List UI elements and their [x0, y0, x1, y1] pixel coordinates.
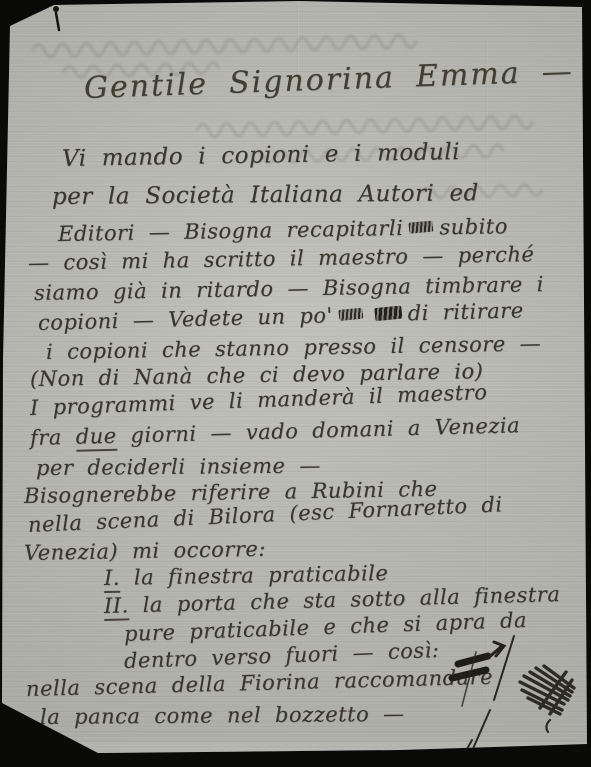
- letter-line: nella scena della Fiorina raccomandare: [26, 667, 494, 700]
- crossed-out-word: [374, 306, 402, 322]
- line-text: nella scena della Fiorina raccomandare: [26, 665, 494, 701]
- crossed-out-word: [409, 221, 434, 234]
- salutation-text: Gentile Signorina Emma —: [83, 54, 574, 106]
- letter-line: Venezia) mi occorre:: [24, 539, 266, 564]
- list-numeral: I.: [104, 566, 120, 593]
- letter-line: Vi mando i copioni e i moduli: [62, 141, 460, 171]
- line-text: la panca come nel bozzetto —: [40, 702, 405, 729]
- letter-line: — così mi ha scritto il maestro — perché: [28, 244, 535, 274]
- letter-line: copioni — Vedete un po'di ritirare: [38, 300, 524, 334]
- line-text: giorni — vado domani a Venezia: [116, 413, 520, 448]
- line-text: — così mi ha scritto il maestro — perché: [28, 242, 535, 275]
- line-text: la finestra praticabile: [120, 561, 389, 590]
- line-text: subito: [439, 214, 508, 239]
- crossed-out-word: [338, 308, 363, 321]
- letter-line: fra due giorni — vado domani a Venezia: [30, 415, 521, 449]
- letter-line: per deciderli insieme —: [36, 456, 321, 479]
- scan-background: Gentile Signorina Emma — Vi mando i copi…: [0, 0, 591, 767]
- ink-mark: [50, 5, 64, 33]
- letter-list-item: I. la finestra praticabile: [104, 563, 389, 589]
- letter-paper: Gentile Signorina Emma — Vi mando i copi…: [0, 0, 591, 767]
- list-numeral: II.: [104, 593, 129, 621]
- line-text: di ritirare: [407, 298, 524, 325]
- line-text: Venezia) mi occorre:: [24, 537, 266, 565]
- underlined-word: due: [75, 424, 117, 452]
- line-text: fra: [30, 425, 76, 450]
- paper-fold-strip: [0, 742, 591, 754]
- letter-line: la panca come nel bozzetto —: [40, 704, 405, 728]
- line-text: per la Società Italiana Autori ed: [52, 180, 479, 210]
- letter-line: Editori — Bisogna recapitarlisubito: [58, 216, 508, 245]
- salutation: Gentile Signorina Emma —: [83, 57, 574, 104]
- letter-line: per la Società Italiana Autori ed: [52, 182, 479, 209]
- line-text: Editori — Bisogna recapitarli: [58, 216, 404, 246]
- line-text: per deciderli insieme —: [36, 454, 321, 480]
- line-text: Vi mando i copioni e i moduli: [62, 139, 460, 172]
- line-text: copioni — Vedete un po': [38, 303, 333, 335]
- paper-fold: [4, 736, 586, 739]
